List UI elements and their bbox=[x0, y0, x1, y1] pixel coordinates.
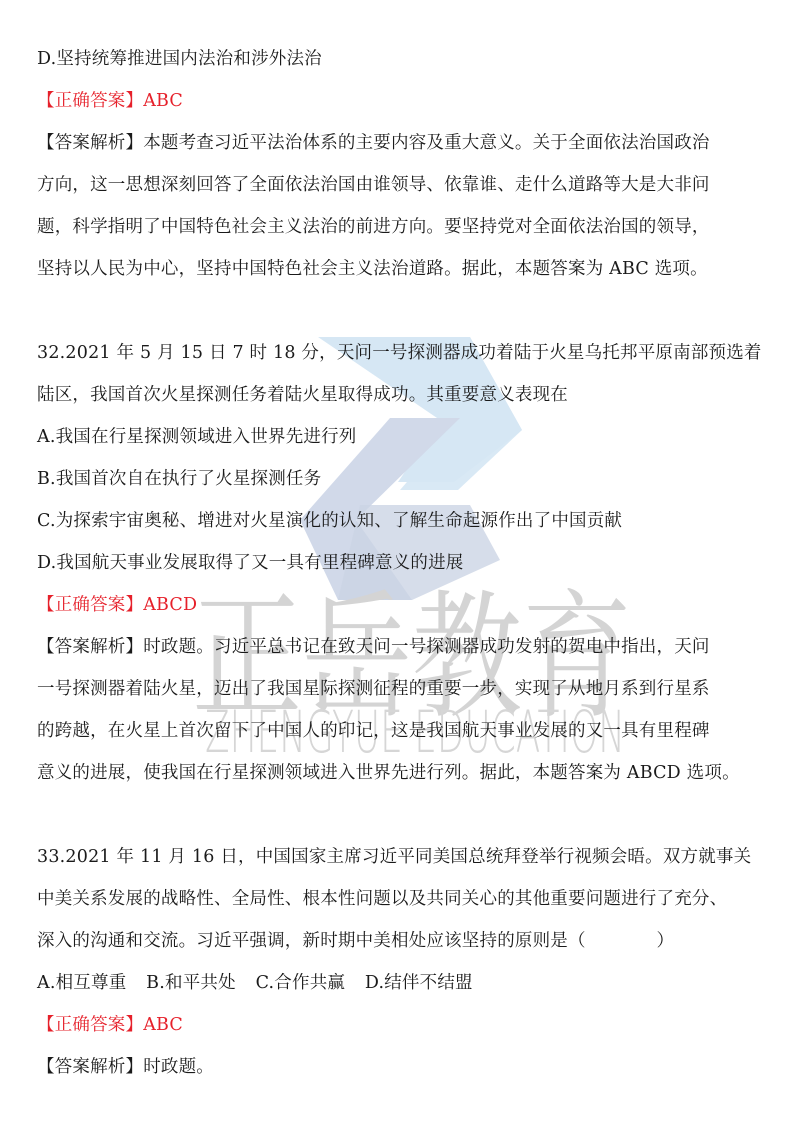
q31-analysis-line: 【答案解析】本题考查习近平法治体系的主要内容及重大意义。关于全面依法治国政治 bbox=[37, 132, 710, 154]
q33-option-a: A.相互尊重 bbox=[37, 973, 126, 993]
q32-analysis-line: 【答案解析】时政题。习近平总书记在致天问一号探测器成功发射的贺电中指出，天问 bbox=[37, 636, 710, 658]
q32-option-a: A.我国在行星探测领域进入世界先进行列 bbox=[37, 426, 357, 448]
q33-stem-line: 33.2021 年 11 月 16 日，中国国家主席习近平同美国总统拜登举行视频… bbox=[37, 846, 751, 868]
q31-correct-answer: 【正确答案】ABC bbox=[37, 90, 183, 112]
q32-analysis-line: 意义的进展，使我国在行星探测领域进入世界先进行列。据此，本题答案为 ABCD 选… bbox=[37, 762, 740, 784]
document-page: D.坚持统筹推进国内法治和涉外法治 【正确答案】ABC 【答案解析】本题考查习近… bbox=[0, 0, 794, 1123]
q32-option-b: B.我国首次自在执行了火星探测任务 bbox=[37, 468, 321, 490]
q31-analysis-line: 方向，这一思想深刻回答了全面依法治国由谁领导、依靠谁、走什么道路等大是大非问 bbox=[37, 174, 710, 196]
q33-stem-line: 深入的沟通和交流。习近平强调，新时期中美相处应该坚持的原则是（ ） bbox=[37, 930, 674, 952]
q33-analysis-line: 【答案解析】时政题。 bbox=[37, 1056, 214, 1078]
q32-option-c: C.为探索宇宙奥秘、增进对火星演化的认知、了解生命起源作出了中国贡献 bbox=[37, 510, 622, 532]
q32-option-d: D.我国航天事业发展取得了又一具有里程碑意义的进展 bbox=[37, 552, 463, 574]
q33-correct-answer: 【正确答案】ABC bbox=[37, 1014, 183, 1036]
q31-analysis-line: 坚持以人民为中心，坚持中国特色社会主义法治道路。据此，本题答案为 ABC 选项。 bbox=[37, 258, 708, 280]
q31-analysis-line: 题，科学指明了中国特色社会主义法治的前进方向。要坚持党对全面依法治国的领导， bbox=[37, 216, 710, 238]
q32-stem-line: 陆区，我国首次火星探测任务着陆火星取得成功。其重要意义表现在 bbox=[37, 384, 568, 406]
q33-option-d: D.结伴不结盟 bbox=[365, 973, 473, 993]
q32-analysis-line: 一号探测器着陆火星，迈出了我国星际探测征程的重要一步，实现了从地月系到行星系 bbox=[37, 678, 710, 700]
q33-options-row: A.相互尊重 B.和平共处 C.合作共赢 D.结伴不结盟 bbox=[37, 972, 487, 994]
q33-option-b: B.和平共处 bbox=[146, 973, 236, 993]
q33-stem-line: 中美关系发展的战略性、全局性、根本性问题以及共同关心的其他重要问题进行了充分、 bbox=[37, 888, 727, 910]
q31-option-d: D.坚持统筹推进国内法治和涉外法治 bbox=[37, 48, 322, 70]
q33-option-c: C.合作共赢 bbox=[256, 973, 346, 993]
q32-stem-line: 32.2021 年 5 月 15 日 7 时 18 分，天问一号探测器成功着陆于… bbox=[37, 342, 762, 364]
q32-analysis-line: 的跨越，在火星上首次留下了中国人的印记，这是我国航天事业发展的又一具有里程碑 bbox=[37, 720, 710, 742]
q32-correct-answer: 【正确答案】ABCD bbox=[37, 594, 197, 616]
